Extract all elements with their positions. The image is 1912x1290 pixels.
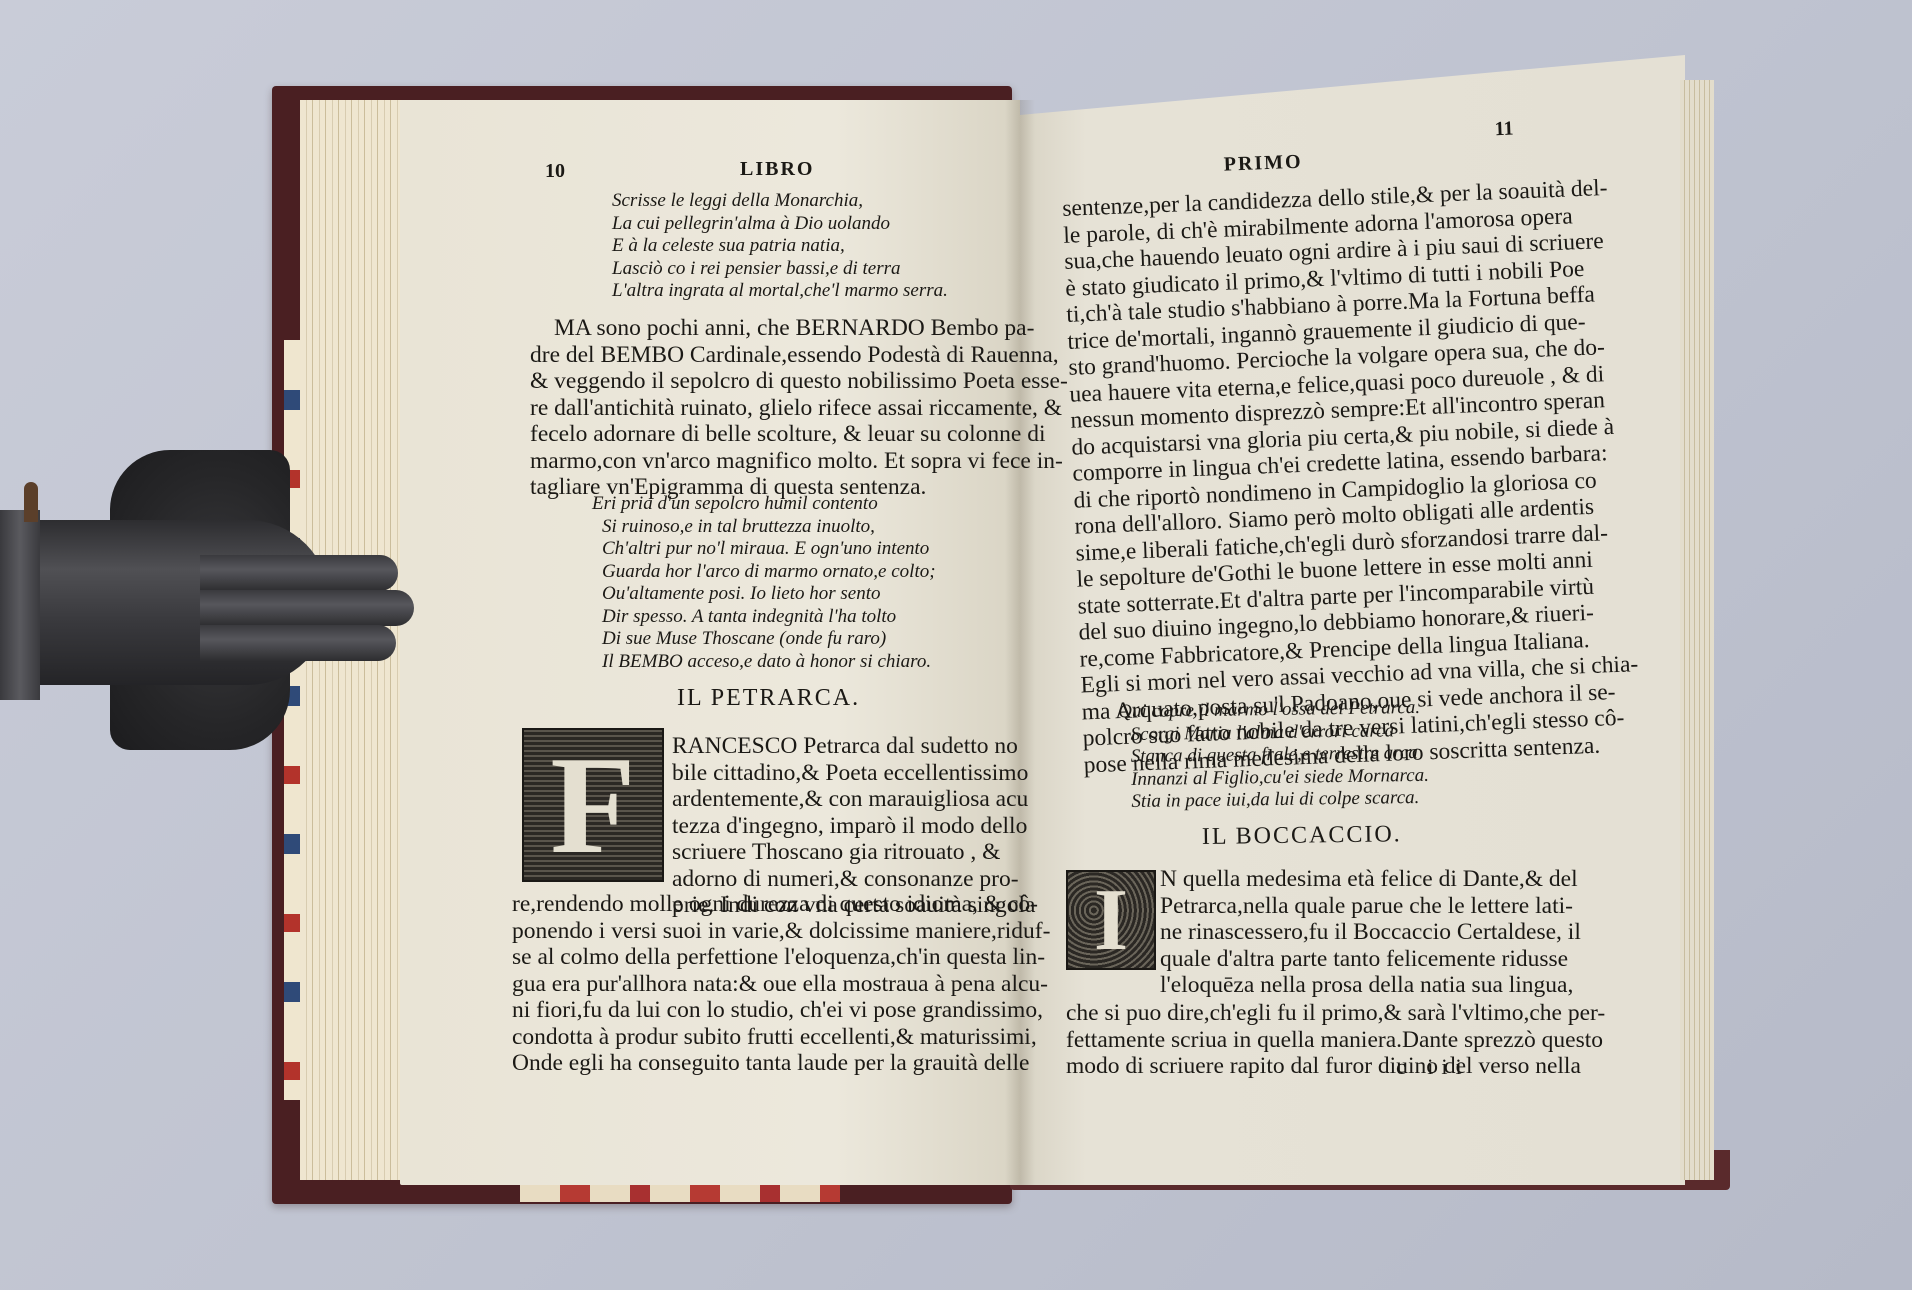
prose-line: dre del BEMBO Cardinale,essendo Podestà … bbox=[530, 342, 1068, 369]
prose-line: ne rinascessero,fu il Boccaccio Certalde… bbox=[1160, 919, 1581, 946]
prose-line: fettamente scriua in quella maniera.Dant… bbox=[1066, 1027, 1605, 1054]
prose-line: & veggendo il sepolcro di questo nobilis… bbox=[530, 368, 1068, 395]
left-paragraph-petrarca-full: re,rendendo molle ogni durezza di questo… bbox=[512, 891, 1050, 1077]
prose-line: RANCESCO Petrarca dal sudetto no bbox=[672, 733, 1035, 760]
prose-line: adorno di numeri,& consonanze pro- bbox=[672, 866, 1035, 893]
left-paragraph-bembo: MA sono pochi anni, che BERNARDO Bembo p… bbox=[530, 315, 1068, 501]
left-running-head: LIBRO bbox=[740, 158, 814, 181]
verse-line: Scrisse le leggi della Monarchia, bbox=[612, 190, 948, 213]
left-epigram-verse: Eri pria d'un sepolcro humil contento Si… bbox=[592, 493, 936, 673]
initial-letter: I bbox=[1094, 870, 1128, 971]
clip-cuff bbox=[0, 510, 40, 700]
prose-line: bile cittadino,& Poeta eccellentissimo bbox=[672, 760, 1035, 787]
verse-line: Ch'altri pur no'l miraua. E ogn'uno inte… bbox=[592, 538, 936, 561]
prose-line: scriuere Thoscano gia ritrouato , & bbox=[672, 839, 1035, 866]
prose-line: re dall'antichità ruinato, glielo rifece… bbox=[530, 395, 1068, 422]
verse-line: Stia in pace iui,da lui di colpe scarca. bbox=[1119, 787, 1429, 814]
left-epitaph-verse: Scrisse le leggi della Monarchia, La cui… bbox=[612, 190, 948, 303]
verse-line: Il BEMBO acceso,e dato à honor si chiaro… bbox=[592, 651, 936, 674]
prose-line: MA sono pochi anni, che BERNARDO Bembo p… bbox=[530, 315, 1068, 342]
prose-line: ni fiori,fu da lui con lo studio, ch'ei … bbox=[512, 997, 1050, 1024]
verse-line: Ou'altamente posi. Io lieto hor sento bbox=[592, 583, 936, 606]
prose-line: l'eloquēza nella prosa della natia sua l… bbox=[1160, 972, 1581, 999]
prose-line: fecelo adornare di belle scolture, & leu… bbox=[530, 421, 1068, 448]
verse-line: La cui pellegrin'alma à Dio uolando bbox=[612, 213, 948, 236]
right-epitaph-verse: Qui copre il marmo l'ossa del Petrarca. … bbox=[1118, 697, 1429, 814]
right-running-head: PRIMO bbox=[1223, 151, 1303, 177]
clip-finger bbox=[200, 625, 396, 661]
right-paragraph-boccaccio-indented: N quella medesima età felice di Dante,& … bbox=[1160, 866, 1581, 999]
prose-line: ardentemente,& con marauigliosa acu bbox=[672, 786, 1035, 813]
left-folio: 10 bbox=[545, 160, 565, 183]
prose-line: quale d'altra parte tanto felicemente ri… bbox=[1160, 946, 1581, 973]
verse-line: L'altra ingrata al mortal,che'l marmo se… bbox=[612, 280, 948, 303]
photo-scene: 10 LIBRO Scrisse le leggi della Monarchi… bbox=[0, 0, 1912, 1290]
right-paragraph-boccaccio-full: che si puo dire,ch'egli fu il primo,& sa… bbox=[1066, 1000, 1605, 1080]
prose-line: marmo,con vn'arco magnifico molto. Et so… bbox=[530, 448, 1068, 475]
clip-finger bbox=[200, 555, 398, 591]
clip-finger bbox=[200, 590, 414, 626]
prose-line: Petrarca,nella quale parue che le letter… bbox=[1160, 893, 1581, 920]
verse-line: Guarda hor l'arco di marmo ornato,e colt… bbox=[592, 561, 936, 584]
verse-line: Dir spesso. A tanta indegnità l'ha tolto bbox=[592, 606, 936, 629]
initial-letter: F bbox=[550, 725, 636, 886]
prose-line: Onde egli ha conseguito tanta laude per … bbox=[512, 1050, 1050, 1077]
prose-line: che si puo dire,ch'egli fu il primo,& sa… bbox=[1066, 1000, 1605, 1027]
signature-mark: c iii bbox=[1396, 1054, 1470, 1080]
section-title-boccaccio: IL BOCCACCIO. bbox=[1202, 821, 1402, 851]
woodcut-initial-f: F bbox=[522, 728, 664, 882]
section-title-petrarca: IL PETRARCA. bbox=[677, 685, 860, 712]
verse-line: Lasciò co i rei pensier bassi,e di terra bbox=[612, 258, 948, 281]
prose-line: ponendo i versi suoi in varie,& dolcissi… bbox=[512, 918, 1050, 945]
ornamental-initial-i: I bbox=[1066, 870, 1156, 970]
verse-line: Di sue Muse Thoscane (onde fu raro) bbox=[592, 628, 936, 651]
prose-line: tezza d'ingegno, imparò il modo dello bbox=[672, 813, 1035, 840]
page-block-edge-right bbox=[1680, 80, 1714, 1180]
prose-line: gua era pur'allhora nata:& oue ella most… bbox=[512, 971, 1050, 998]
prose-line: N quella medesima età felice di Dante,& … bbox=[1160, 866, 1581, 893]
prose-line: se al colmo della perfettione l'eloquenz… bbox=[512, 944, 1050, 971]
prose-line: condotta à produr subito frutti eccellen… bbox=[512, 1024, 1050, 1051]
verse-line: Si ruinoso,e in tal bruttezza inuolto, bbox=[592, 516, 936, 539]
right-folio: 11 bbox=[1494, 118, 1514, 142]
verse-line: Eri pria d'un sepolcro humil contento bbox=[592, 493, 936, 516]
verse-line: E à la celeste sua patria natia, bbox=[612, 235, 948, 258]
prose-line: re,rendendo molle ogni durezza di questo… bbox=[512, 891, 1050, 918]
prose-line: modo di scriuere rapito dal furor diuino… bbox=[1066, 1053, 1605, 1080]
clip-pin bbox=[24, 482, 38, 522]
right-paragraph-petrarca-cont: sentenze,per la candidezza dello stile,&… bbox=[1062, 175, 1642, 779]
